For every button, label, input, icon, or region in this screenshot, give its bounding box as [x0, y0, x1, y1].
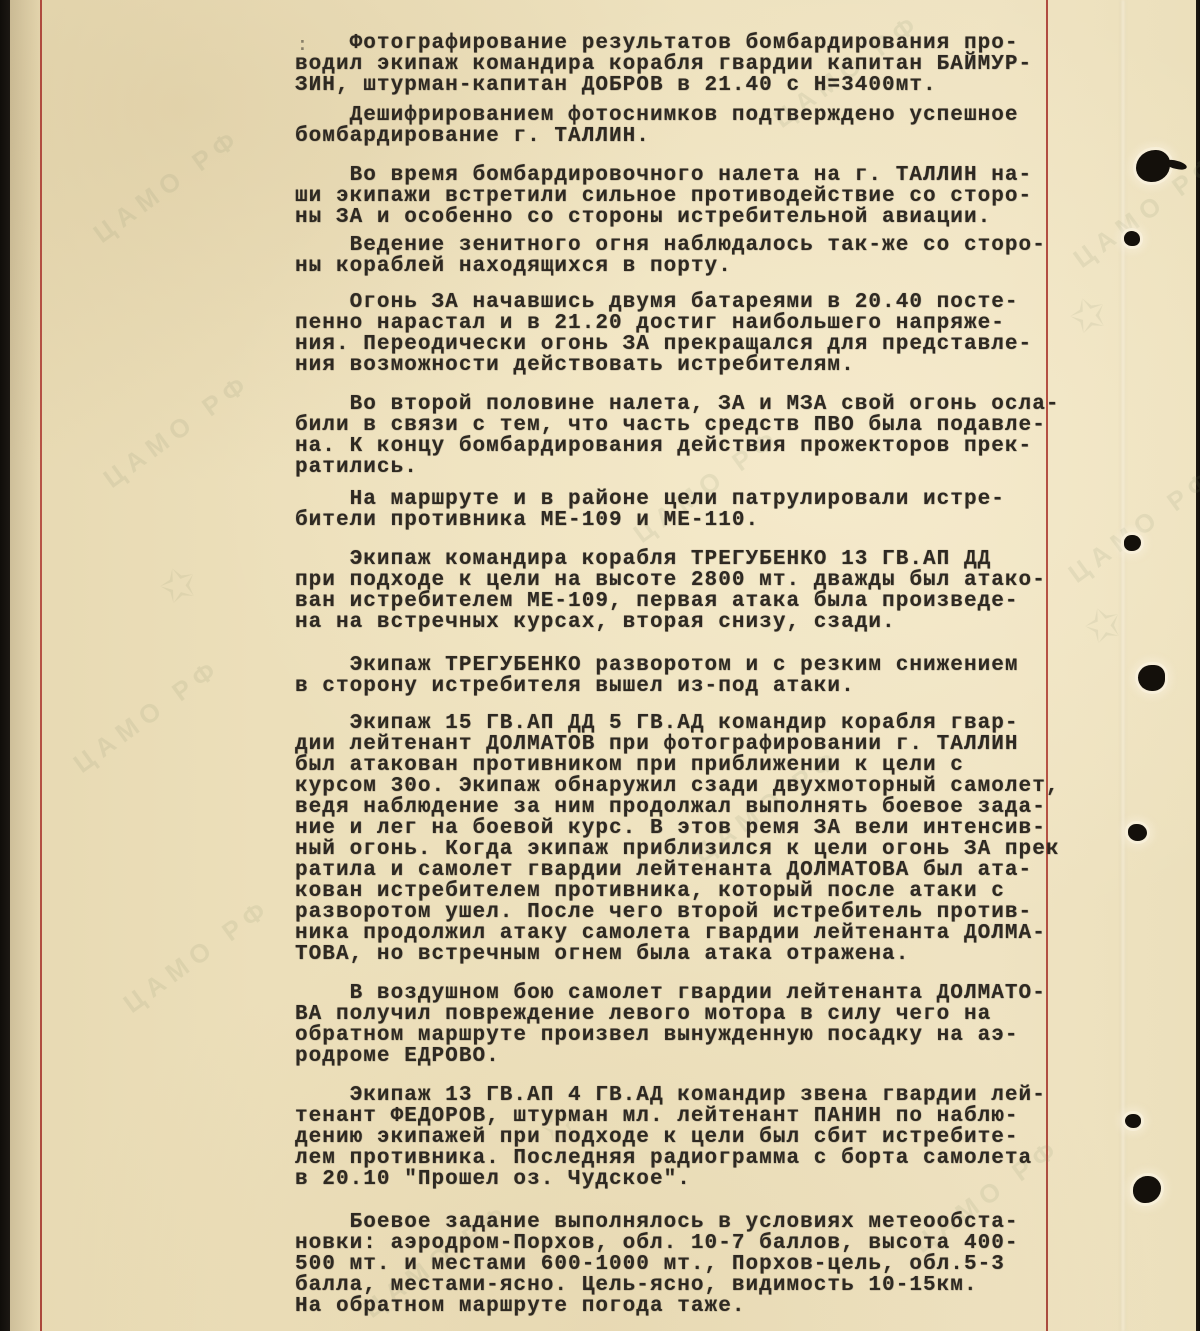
archive-watermark: ЦАМО РФ: [68, 652, 228, 780]
margin-line-left: [40, 0, 42, 1331]
paragraph-dolmatov-landing: В воздушном бою самолет гвардии лейтенан…: [295, 983, 1055, 1067]
burn-hole: [1136, 150, 1170, 182]
burn-hole: [1124, 231, 1140, 246]
burn-hole: [1128, 824, 1147, 841]
star-watermark-icon: ✩: [1062, 285, 1114, 346]
paragraph-dolmatov-attack: Экипаж 15 ГВ.АП ДД 5 ГВ.АД командир кора…: [295, 713, 1055, 965]
paragraph-decoding: Дешифрированием фотоснимков подтверждено…: [295, 105, 1055, 147]
star-watermark-icon: ✩: [152, 555, 204, 616]
paragraph-fedorov-shot-down: Экипаж 13 ГВ.АП 4 ГВ.АД командир звена г…: [295, 1085, 1055, 1190]
paragraph-aa-weakened: Во второй половине налета, ЗА и МЗА свой…: [295, 394, 1055, 478]
paper-crease: [1120, 0, 1126, 1331]
burn-hole: [1125, 1114, 1141, 1128]
burn-hole-tail: [1166, 159, 1187, 172]
paragraph-tregubenko-evade: Экипаж ТРЕГУБЕНКО разворотом и с резким …: [295, 655, 1055, 697]
document-page: ЦАМО РФ ЦАМО РФ ЦАМО РФ ЦАМО РФ ЦАМО РФ …: [0, 0, 1200, 1331]
burn-hole: [1138, 665, 1165, 691]
archive-watermark: ЦАМО РФ: [118, 892, 278, 1020]
typewritten-text: Фотографирование результатов бомбардиров…: [295, 33, 1055, 1317]
burn-hole: [1124, 535, 1141, 551]
paragraph-weather: Боевое задание выполнялось в условиях ме…: [295, 1212, 1055, 1317]
paragraph-raid-opposition: Во время бомбардировочного налета на г. …: [295, 165, 1055, 228]
scan-edge-left: [0, 0, 10, 1331]
paragraph-enemy-fighters: На маршруте и в районе цели патрулировал…: [295, 489, 1055, 531]
scan-edge-right: [1196, 0, 1200, 1331]
paragraph-port-ships-fire: Ведение зенитного огня наблюдалось так-ж…: [295, 235, 1055, 277]
archive-watermark: ЦАМО РФ: [98, 367, 258, 495]
paragraph-photo-results: Фотографирование результатов бомбардиров…: [295, 33, 1055, 96]
paragraph-tregubenko-attacks: Экипаж командира корабля ТРЕГУБЕНКО 13 Г…: [295, 549, 1055, 633]
burn-hole: [1133, 1176, 1161, 1203]
paper-shadow-left: [10, 0, 40, 1331]
archive-watermark: ЦАМО РФ: [88, 122, 248, 250]
paragraph-aa-fire-timeline: Огонь ЗА начавшись двумя батареями в 20.…: [295, 292, 1055, 376]
archive-watermark: ЦАМО РФ: [1063, 462, 1200, 590]
